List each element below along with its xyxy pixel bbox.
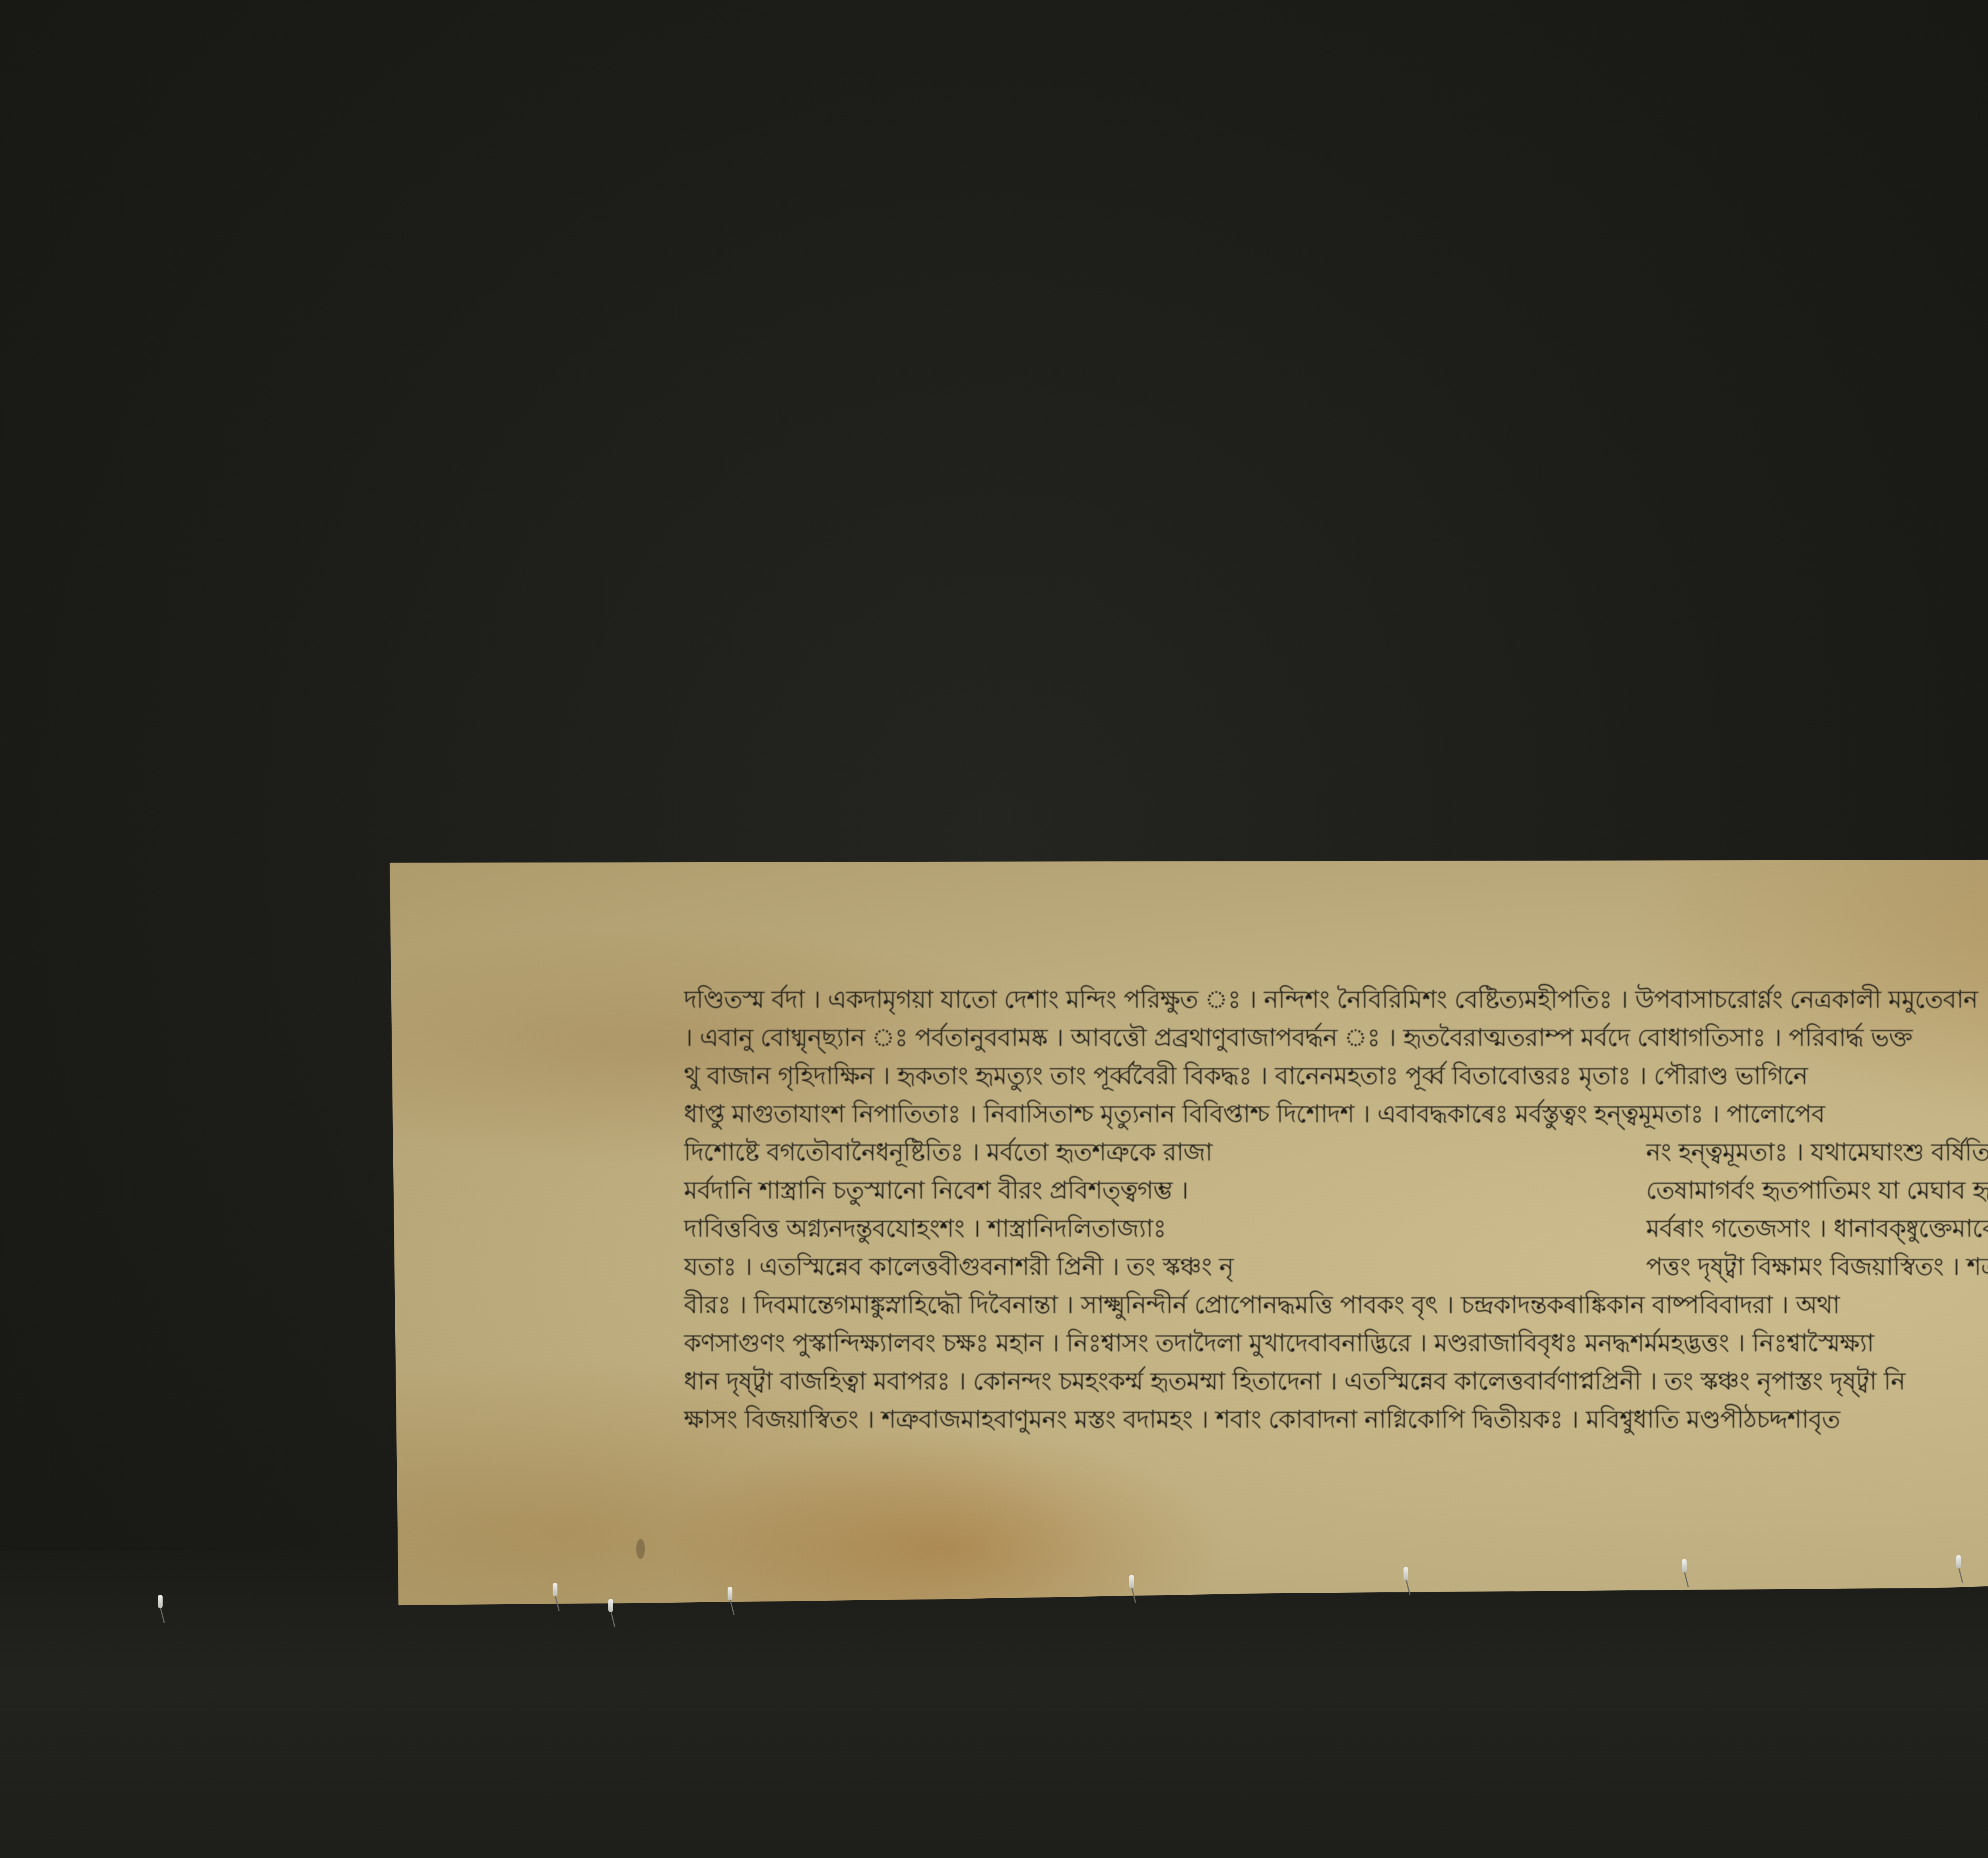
text-line-5: দিশোষ্টে বগতৌবানৈধনূষ্টিতিঃ । মর্বতো হৃত… [684, 1133, 1988, 1171]
pin-head-icon [553, 1583, 557, 1596]
text-line-2: । এবানু বোধ্মৃন্ছ্যান ঃ পর্বতানুববামষ্ক … [684, 1018, 1988, 1057]
text-line-5-right: নং হন্ত্বমূমতাঃ । যথামেঘাংশু বর্ষিতি পর্… [1646, 1133, 1988, 1171]
text-line-6-right: তেষামাগর্বং হৃতপাতিমং যা মেঘাব হৃত্ব গর্… [1646, 1171, 1988, 1209]
pin-head-icon [1682, 1559, 1687, 1572]
pin-head-icon [1404, 1567, 1408, 1580]
text-line-10: কণসাগুণং পুস্কান্দিক্ষ্যালবং চক্ষঃ মহান … [684, 1324, 1988, 1362]
text-line-9: বীরঃ । দিবমান্তেগমাঙ্কুস্নাহিদ্ধৌ দিবৈনা… [684, 1286, 1988, 1324]
pin-head-icon [728, 1587, 732, 1600]
ink-blot [636, 1539, 645, 1559]
text-line-1: দণ্ডিতস্ম ৰ্বদা । একদামৃগয়া যাতো দেশাং … [684, 980, 1988, 1018]
text-line-3: থু বাজান গৃহিদাক্ষিন । হৃকতাং হৃমত্যুং ত… [684, 1057, 1988, 1095]
pin-head-icon [1129, 1575, 1134, 1588]
text-line-7-left: দাবিত্তবিত্ত অগ্ন্যনদন্তুবযোহংশং । শাস্ত… [684, 1209, 1419, 1248]
pin-head-icon [158, 1595, 163, 1608]
pin-head-icon [608, 1599, 613, 1612]
text-line-5-left: দিশোষ্টে বগতৌবানৈধনূষ্টিতিঃ । মর্বতো হৃত… [684, 1133, 1419, 1171]
text-line-8: যতাঃ । এতস্মিন্নেব কালেত্তবীগুবনাশরী প্র… [684, 1248, 1988, 1286]
text-line-4: ধাপ্তু মাগুতাযাংশ নিপাতিতাঃ । নিবাসিতাশ্… [684, 1095, 1988, 1133]
text-line-7: দাবিত্তবিত্ত অগ্ন্যনদন্তুবযোহংশং । শাস্ত… [684, 1209, 1988, 1248]
text-line-11: ধান দৃষ্ট্বা বাজহিত্বা মবাপরঃ । কোনন্দং … [684, 1362, 1988, 1400]
text-line-6: মর্বদানি শাস্ত্রানি চতুস্মানো নিবেশ বীরং… [684, 1171, 1988, 1209]
text-line-12: ক্ষাসং বিজয়াস্বিতং । শত্রুবাজমাহবাণুমনং… [684, 1400, 1988, 1438]
text-line-6-left: মর্বদানি শাস্ত্রানি চতুস্মানো নিবেশ বীরং… [684, 1171, 1419, 1209]
text-line-7-right: মর্বৰাং গতেজসাং । ধানাবক্ষ্বুক্তেমার্বে … [1646, 1209, 1988, 1248]
text-line-8-right: পত্তং দৃষ্ট্বা বিক্ষামং বিজয়াস্বিতং । শ… [1646, 1248, 1988, 1286]
text-line-8-left: যতাঃ । এতস্মিন্নেব কালেত্তবীগুবনাশরী প্র… [684, 1248, 1419, 1286]
manuscript-text: দণ্ডিতস্ম ৰ্বদা । একদামৃগয়া যাতো দেশাং … [684, 980, 1988, 1438]
pin-head-icon [1956, 1555, 1961, 1568]
